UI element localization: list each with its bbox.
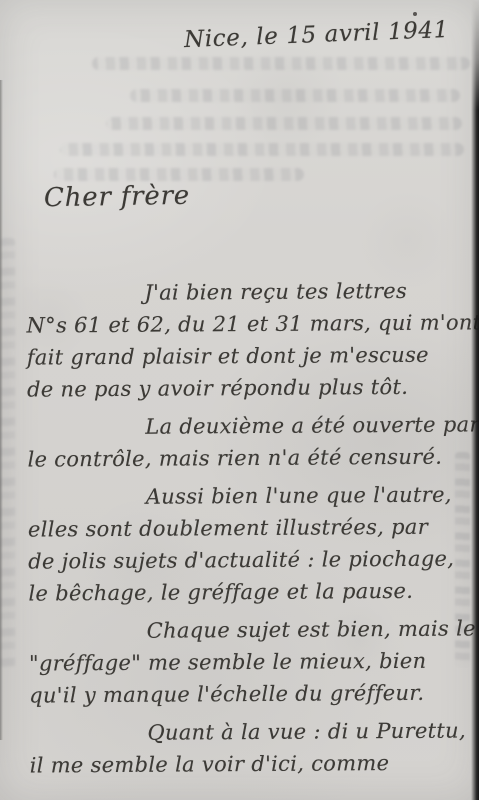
letter-line: qu'il y manque l'échelle du gréffeur. [29, 676, 472, 711]
bleedthrough-text-line [54, 168, 304, 181]
letter-line: J'ai bien reçu tes lettres [26, 274, 469, 309]
letter-line: le contrôle, mais rien n'a été censuré. [27, 440, 470, 475]
bleedthrough-text-line [60, 143, 464, 156]
letter-line: N°s 61 et 62, du 21 et 31 mars, qui m'on… [26, 306, 469, 341]
page-right-edge [471, 0, 479, 800]
letter-line: Aussi bien l'une que l'autre, [28, 478, 471, 513]
ink-speck [413, 12, 417, 16]
letter-line: fait grand plaisir et dont je m'escuse [27, 338, 470, 373]
salutation: Cher frère [44, 181, 190, 214]
letter-page: Nice, le 15 avril 1941 Cher frère J'ai b… [0, 0, 479, 800]
letter-line: Chaque sujet est bien, mais le [29, 612, 472, 647]
letter-line: de ne pas y avoir répondu plus tôt. [27, 370, 470, 405]
letter-line: Quant à la vue : di u Purettu, [29, 714, 472, 749]
letter-line: La deuxième a été ouverte par [27, 408, 470, 443]
letter-line: le bêchage, le gréffage et la pause. [28, 574, 471, 609]
bleedthrough-text-line [130, 89, 460, 102]
letter-body: J'ai bien reçu tes lettresN°s 61 et 62, … [26, 274, 473, 781]
date-line: Nice, le 15 avril 1941 [184, 17, 450, 53]
page-left-edge-shadow [0, 80, 3, 740]
letter-line: de jolis sujets d'actualité : le piochag… [28, 542, 471, 577]
letter-line: elles sont doublement illustrées, par [28, 510, 471, 545]
letter-line: il me semble la voir d'ici, comme [30, 746, 473, 781]
letter-line: "gréffage" me semble le mieux, bien [29, 644, 472, 679]
bleedthrough-text-line [92, 57, 470, 70]
bleedthrough-text-line [106, 117, 462, 130]
